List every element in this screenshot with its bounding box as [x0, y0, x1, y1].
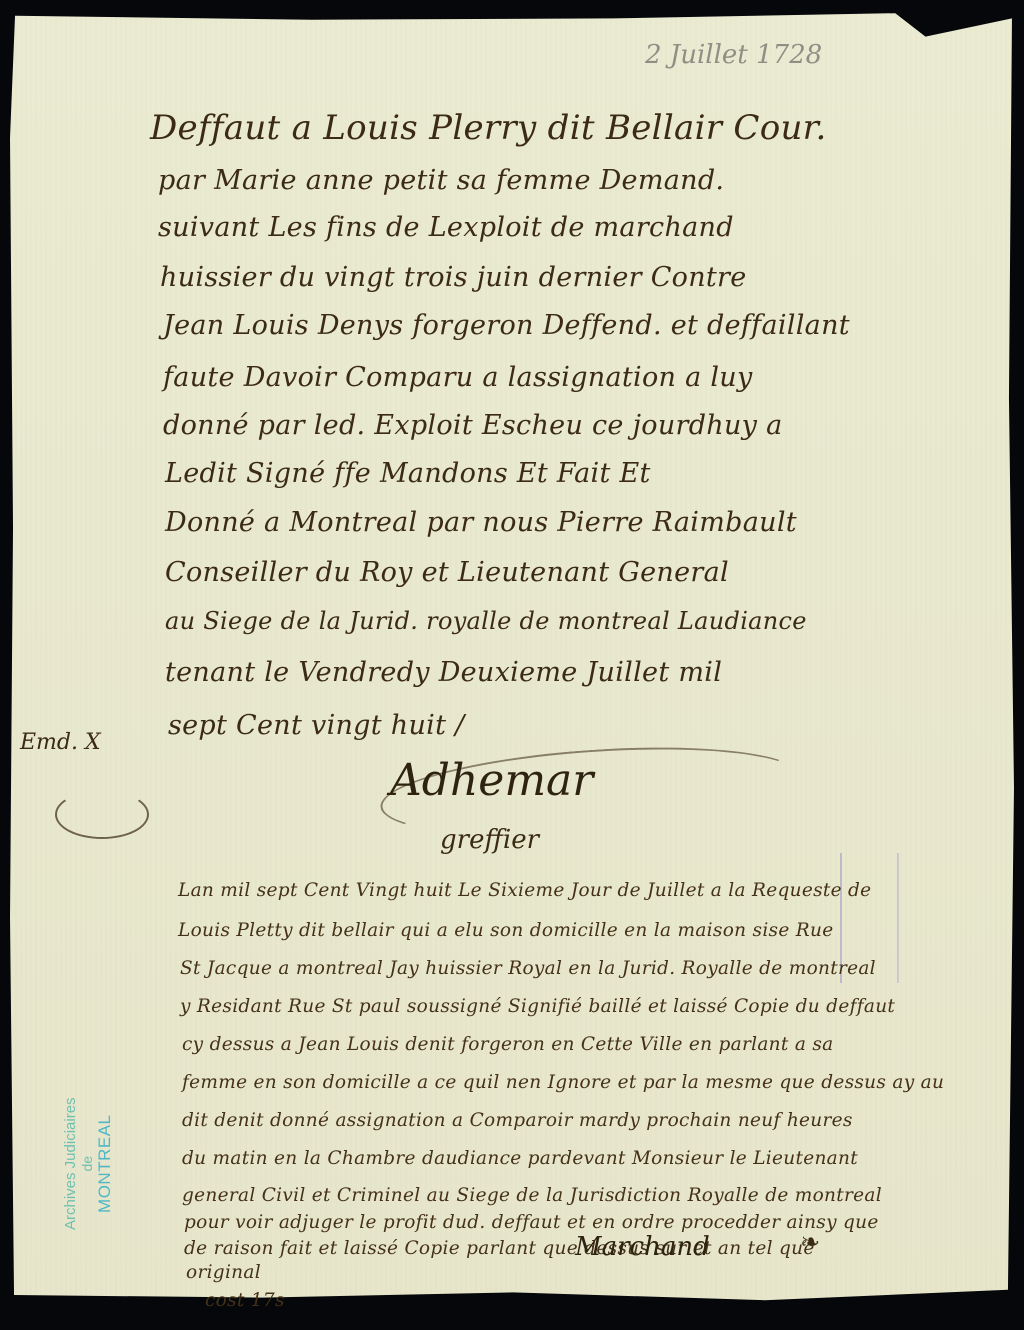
stamp-line-2: de	[79, 1097, 96, 1230]
text-line-2: par Marie anne petit sa femme Demand.	[158, 165, 724, 196]
lower-line-2: Louis Pletty dit bellair qui a elu son d…	[178, 920, 833, 941]
lower-line-5: cy dessus a Jean Louis denit forgeron en…	[182, 1034, 833, 1055]
text-line-13: sept Cent vingt huit /	[168, 710, 465, 741]
text-line-11: au Siege de la Jurid. royalle de montrea…	[165, 607, 807, 635]
lower-line-6: femme en son domicille a ce quil nen Ign…	[182, 1072, 944, 1093]
clerk-title: greffier	[440, 825, 539, 855]
paraph-icon: ❧	[800, 1228, 820, 1256]
text-line-4: huissier du vingt trois juin dernier Con…	[160, 262, 747, 293]
margin-flourish-icon	[55, 790, 149, 839]
text-line-5: Jean Louis Denys forgeron Deffend. et de…	[163, 310, 850, 341]
text-line-12: tenant le Vendredy Deuxieme Juillet mil	[165, 657, 722, 688]
text-line-3: suivant Les fins de Lexploit de marchand	[158, 212, 734, 243]
lower-line-10: pour voir adjuger le profit dud. deffaut…	[184, 1212, 879, 1233]
lower-line-11: de raison fait et laissé Copie parlant q…	[184, 1238, 815, 1259]
lower-line-8: du matin en la Chambre daudiance pardeva…	[182, 1148, 858, 1169]
text-line-10: Conseiller du Roy et Lieutenant General	[165, 557, 729, 588]
stamp-line-1: Archives Judiciaires	[62, 1097, 79, 1230]
stamp-line-3: MONTREAL	[96, 1097, 113, 1230]
text-line-9: Donné a Montreal par nous Pierre Raimbau…	[165, 507, 797, 538]
lower-line-1: Lan mil sept Cent Vingt huit Le Sixieme …	[178, 880, 871, 901]
cost-note: cost 17s	[205, 1290, 285, 1311]
lower-line-12: original	[186, 1262, 261, 1283]
clerk-signature: Adhemar	[390, 755, 593, 806]
archive-date-note: 2 Juillet 1728	[645, 40, 822, 70]
lower-line-3: St Jacque a montreal Jay huissier Royal …	[180, 958, 876, 979]
text-line-7: donné par led. Exploit Escheu ce jourdhu…	[163, 410, 783, 441]
archive-stamp: Archives Judiciaires de MONTREAL	[62, 1097, 113, 1230]
lower-line-4: y Residant Rue St paul soussigné Signifi…	[180, 996, 895, 1017]
text-line-1: Deffaut a Louis Plerry dit Bellair Cour.	[150, 108, 827, 148]
text-line-8: Ledit Signé ffe Mandons Et Fait Et	[165, 458, 651, 489]
margin-note: Emd. X	[20, 730, 101, 755]
bailiff-signature: Marchand	[575, 1232, 710, 1262]
text-line-6: faute Davoir Comparu a lassignation a lu…	[163, 362, 753, 393]
lower-line-7: dit denit donné assignation a Comparoir …	[182, 1110, 853, 1131]
lower-line-9: general Civil et Criminel au Siege de la…	[182, 1185, 882, 1206]
